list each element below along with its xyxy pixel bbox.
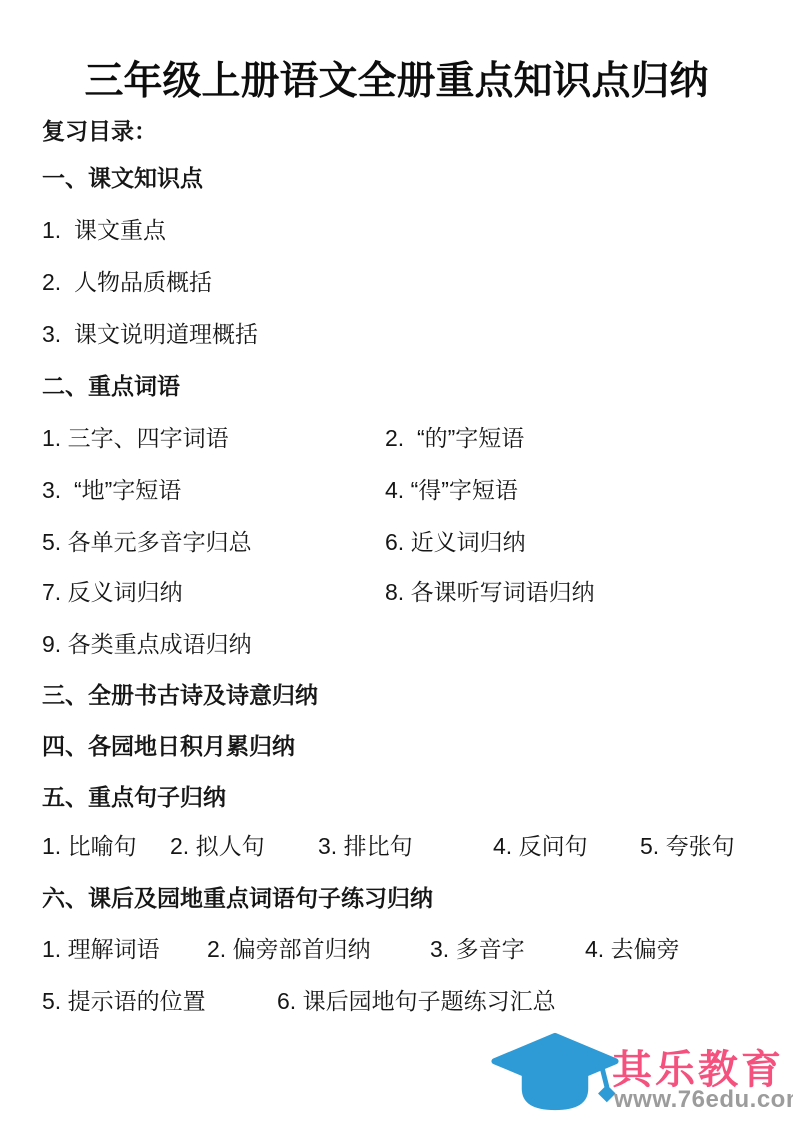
brand-logo: 其乐教育 www.76edu.com	[486, 1026, 793, 1118]
toc-item: 1. 比喻句	[42, 831, 137, 861]
toc-item: 4. “得”字短语	[385, 475, 518, 505]
toc-item: 3. “地”字短语	[42, 475, 181, 505]
toc-item: 5. 夸张句	[640, 831, 735, 861]
toc-item: 4. 反问句	[493, 831, 588, 861]
toc-section-1: 一、课文知识点	[42, 163, 203, 193]
toc-item: 2. 人物品质概括	[42, 267, 212, 297]
toc-item: 9. 各类重点成语归纳	[42, 629, 252, 659]
document-page: 三年级上册语文全册重点知识点归纳 复习目录： 一、课文知识点 1. 课文重点 2…	[0, 0, 793, 1122]
toc-item: 6. 课后园地句子题练习汇总	[277, 986, 556, 1016]
toc-item: 1. 理解词语	[42, 934, 160, 964]
toc-practice-row-1: 1. 理解词语 2. 偏旁部首归纳 3. 多音字 4. 去偏旁	[0, 934, 793, 964]
toc-section-2: 二、重点词语	[42, 371, 180, 401]
toc-item: 5. 提示语的位置	[42, 986, 206, 1016]
toc-section-5: 五、重点句子归纳	[42, 782, 226, 812]
toc-practice-row-2: 5. 提示语的位置 6. 课后园地句子题练习汇总	[0, 986, 793, 1016]
toc-sentence-types-row: 1. 比喻句 2. 拟人句 3. 排比句 4. 反问句 5. 夸张句	[0, 831, 793, 861]
toc-two-col-row: 1. 三字、四字词语 2. “的”字短语	[0, 423, 793, 453]
toc-item: 2. 偏旁部首归纳	[207, 934, 371, 964]
toc-two-col-row: 5. 各单元多音字归总 6. 近义词归纳	[0, 527, 793, 557]
toc-section-3: 三、全册书古诗及诗意归纳	[42, 680, 318, 710]
toc-item: 1. 课文重点	[42, 215, 166, 245]
toc-two-col-row: 3. “地”字短语 4. “得”字短语	[0, 475, 793, 505]
toc-item: 3. 课文说明道理概括	[42, 319, 258, 349]
toc-item: 1. 三字、四字词语	[42, 423, 229, 453]
toc-item: 7. 反义词归纳	[42, 577, 183, 607]
toc-section-4: 四、各园地日积月累归纳	[42, 731, 295, 761]
toc-item: 6. 近义词归纳	[385, 527, 526, 557]
toc-two-col-row: 7. 反义词归纳 8. 各课听写词语归纳	[0, 577, 793, 607]
toc-item: 4. 去偏旁	[585, 934, 680, 964]
graduation-cap-icon	[486, 1028, 624, 1116]
toc-item: 2. 拟人句	[170, 831, 265, 861]
toc-item: 5. 各单元多音字归总	[42, 527, 252, 557]
page-title: 三年级上册语文全册重点知识点归纳	[0, 50, 793, 106]
toc-section-6: 六、课后及园地重点词语句子练习归纳	[42, 883, 433, 913]
toc-heading: 复习目录：	[42, 116, 157, 146]
toc-item: 3. 排比句	[318, 831, 413, 861]
toc-item: 2. “的”字短语	[385, 423, 524, 453]
toc-item: 8. 各课听写词语归纳	[385, 577, 595, 607]
toc-item: 3. 多音字	[430, 934, 525, 964]
brand-url: www.76edu.com	[614, 1086, 793, 1114]
